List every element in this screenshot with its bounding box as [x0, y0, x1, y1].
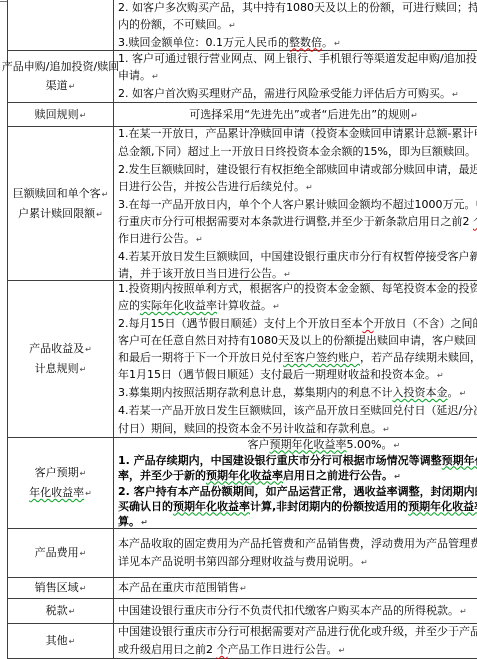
text-line: 应的实际年化收益率计算收益。↵: [118, 297, 477, 315]
row-label-line: 产品收益及↵: [29, 339, 92, 359]
row-label-redemption-rule: 赎回规则↵: [8, 103, 114, 126]
spellcheck-red-underline: 个: [363, 317, 374, 330]
row-label-other: 其他↵: [8, 624, 114, 658]
row-label-income-interest-rules: 产品收益及↵计息规则↵: [8, 281, 114, 437]
paragraph-mark: ↵: [361, 558, 368, 567]
text-line: 付日）期间，赎回的投资本金不另计收益和存款利息。↵: [118, 420, 477, 438]
paragraph-mark: ↵: [69, 637, 76, 646]
row-label-line: 户累计赎回限额↵: [18, 204, 103, 224]
text-line: 或升级启用日之前2 个产品工作日进行公告。↵: [118, 641, 477, 659]
text-line: 3.赎回金额单位：0.1万元人民币的整数倍。↵: [118, 34, 477, 52]
paragraph-mark: ↵: [284, 270, 291, 279]
text-line: 客户预期年化收益率5.00%。↵: [118, 437, 477, 453]
paragraph-mark: ↵: [80, 584, 87, 593]
paragraph-mark: ↵: [85, 345, 92, 354]
row-content-sales-region: 本产品在重庆市范围销售↵: [114, 578, 477, 598]
table-row-redemption-rule: 赎回规则↵可选择采用“先进先出”或者“后进先出”的规则↵: [8, 103, 477, 127]
spellcheck-red-underline: 个: [217, 643, 228, 656]
row-label-purchase-channels: 产品申购/追加投资/赎回渠道↵: [8, 51, 114, 102]
spellcheck-red-underline: 个: [473, 215, 477, 228]
table-row-redemption-share-rules: 2. 如客户多次购买产品，其中持有1080天及以上的份额，可进行赎回；持有108…: [8, 0, 477, 51]
row-label-line: 产品申购/追加投资/赎回: [2, 57, 119, 76]
spellcheck-green-underline: 实际年化收益率: [140, 299, 217, 312]
text-line: 2.发生巨额赎回时，建设银行有权拒绝全部赎回申请或部分赎回申请，最迟于该开放: [118, 161, 477, 178]
paragraph-mark: ↵: [334, 39, 341, 48]
row-label-line: 销售区域↵: [35, 578, 87, 598]
table-row-tax: 税款↵中国建设银行重庆市分行不负责代扣代缴客户购买本产品的所得税款。↵: [8, 599, 477, 624]
spellcheck-green-underline: 预期年化收益率: [408, 500, 477, 513]
row-label-expected-annualized-yield: 客户预期↵年化收益率↵: [8, 438, 114, 528]
paragraph-mark: ↵: [196, 235, 203, 244]
paragraph-mark: ↵: [306, 183, 313, 192]
paragraph-mark: ↵: [339, 646, 346, 655]
paragraph-mark: ↵: [411, 111, 418, 120]
text-line: 总金额,下同）超过上一开放日日终投资本金余额的15%，即为巨额赎回。↵: [118, 143, 477, 161]
table-row-large-redemption-limits: 巨额赎回和单个客↵户累计赎回限额↵1.在某一开放日，产品累计净赎回申请（投资本金…: [8, 127, 477, 281]
text-line: 可选择采用“先进先出”或者“后进先出”的规则↵: [118, 106, 477, 124]
row-content-tax: 中国建设银行重庆市分行不负责代扣代缴客户购买本产品的所得税款。↵: [114, 599, 477, 623]
text-line: 和最后一期将于下一个开放日兑付至客户签约账户，若产品存续期未赎回，将于2031: [118, 349, 477, 366]
row-label-line: 客户预期↵: [35, 463, 87, 483]
text-line: 日进行公告，并按公告进行后续兑付。↵: [118, 178, 477, 196]
table-row-product-fees: 产品费用↵本产品收取的固定费用为产品托管费和产品销售费，浮动费用为产品管理费。↵…: [8, 529, 477, 578]
row-content-expected-annualized-yield: 客户预期年化收益率5.00%。↵1. 产品存续期内，中国建设银行重庆市分行可根据…: [114, 438, 477, 528]
text-line: 申请。↵: [118, 67, 477, 85]
spellcheck-green-underline: 预期年化收益: [442, 454, 477, 467]
paragraph-mark: ↵: [69, 607, 76, 616]
text-line: 3.在每一产品开放日内，单个个人客户累计赎回金额均不超过1000万元。中国建设银: [118, 196, 477, 213]
text-line: 2. 如客户首次购买理财产品，需进行风险承受能力评估后方可购买。↵: [118, 85, 477, 103]
text-line: 1.在某一开放日，产品累计净赎回申请（投资本金赎回申请累计总额-累计申购↵: [118, 125, 477, 143]
row-label-line: 其他↵: [46, 631, 76, 651]
paragraph-mark: ↵: [152, 72, 159, 81]
text-line: 2. 客户持有本产品份额期间，如产品运营正常，遇收益率调整，封闭期内的份额以购: [118, 484, 477, 499]
paragraph-mark: ↵: [460, 389, 467, 398]
row-label-line: 计息规则↵: [35, 359, 87, 379]
paragraph-mark: ↵: [141, 518, 148, 527]
spellcheck-green-underline: 预期年化收益率: [270, 438, 347, 451]
row-label-large-redemption-limits: 巨额赎回和单个客↵户累计赎回限额↵: [8, 127, 114, 280]
text-line: 1.投资期内按照单利方式，根据客户的投资本金金额、每笔投资本金的投资期限及对: [118, 280, 477, 297]
paragraph-mark: ↵: [96, 210, 103, 219]
table-row-purchase-channels: 产品申购/追加投资/赎回渠道↵1. 客户可通过银行营业网点、网上银行、手机银行等…: [8, 51, 477, 103]
row-label-line: 年化收益率↵: [29, 483, 92, 503]
product-spec-table: 2. 如客户多次购买产品，其中持有1080天及以上的份额，可进行赎回；持有108…: [7, 0, 477, 659]
spellcheck-green-underline: 年化收益率: [29, 486, 84, 499]
text-line: 本产品收取的固定费用为产品托管费和产品销售费，浮动费用为产品管理费。↵: [118, 535, 477, 553]
paragraph-mark: ↵: [383, 425, 390, 434]
row-label-line: 巨额赎回和单个客↵: [13, 184, 109, 204]
text-line: 1. 客户可通过银行营业网点、网上银行、手机银行等渠道发起申购/追加投资/赎回: [118, 50, 477, 67]
row-label-redemption-share-rules: [8, 0, 114, 50]
paragraph-mark: ↵: [229, 21, 236, 30]
row-label-product-fees: 产品费用↵: [8, 529, 114, 577]
text-line: 2. 如客户多次购买产品，其中持有1080天及以上的份额，可进行赎回；持有108…: [118, 0, 477, 16]
row-content-large-redemption-limits: 1.在某一开放日，产品累计净赎回申请（投资本金赎回申请累计总额-累计申购↵总金额…: [114, 127, 477, 280]
table-row-income-interest-rules: 产品收益及↵计息规则↵1.投资期内按照单利方式，根据客户的投资本金金额、每笔投资…: [8, 281, 477, 438]
text-line: 3.募集期内按照活期存款利息计息，募集期内的利息不计入投资本金。↵: [118, 384, 477, 402]
spellcheck-green-underline: 预期年化收益率: [173, 500, 250, 513]
row-label-tax: 税款↵: [8, 599, 114, 623]
text-line: 行重庆市分行可根据需要对本条款进行调整,并至少于新条款启用日之前2 个产品工: [118, 213, 477, 230]
row-content-income-interest-rules: 1.投资期内按照单利方式，根据客户的投资本金金额、每笔投资本金的投资期限及对应的…: [114, 281, 477, 437]
row-label-line: 税款↵: [46, 601, 76, 621]
text-line: 4.若某开放日发生巨额赎回，中国建设银行重庆市分行有权暂停接受客户新的赎回申: [118, 248, 477, 265]
paragraph-mark: ↵: [80, 111, 87, 120]
row-label-line: 产品费用↵: [35, 543, 87, 563]
paragraph-mark: ↵: [452, 90, 459, 99]
paragraph-mark: ↵: [80, 549, 87, 558]
paragraph-mark: ↵: [69, 82, 76, 91]
text-line: 年1月15日（遇节假日顺延）支付最后一期理财收益和投资本金。↵: [118, 366, 477, 384]
row-content-product-fees: 本产品收取的固定费用为产品托管费和产品销售费，浮动费用为产品管理费。↵详见本产品…: [114, 529, 477, 577]
text-line: 1. 产品存续期内，中国建设银行重庆市分行可根据市场情况等调整预期年化收益: [118, 453, 477, 468]
paragraph-mark: ↵: [80, 469, 87, 478]
paragraph-mark: ↵: [393, 441, 400, 450]
text-line: 算。↵: [118, 514, 477, 530]
spellcheck-green-underline: 至客户签约账户: [283, 351, 360, 364]
paragraph-mark: ↵: [102, 190, 109, 199]
text-line: 中国建设银行重庆市分行可根据需要对产品进行优化或升级，并至少于产品优化↵: [118, 623, 477, 641]
spellcheck-green-underline: 入投资本金: [393, 386, 448, 399]
row-label-line: 渠道↵: [46, 76, 76, 96]
row-content-redemption-rule: 可选择采用“先进先出”或者“后进先出”的规则↵: [114, 103, 477, 126]
paragraph-mark: ↵: [437, 371, 444, 380]
paragraph-mark: ↵: [394, 472, 401, 481]
spellcheck-red-underline: 整数倍: [289, 36, 322, 49]
text-line: 本产品在重庆市范围销售↵: [118, 579, 477, 597]
row-content-other: 中国建设银行重庆市分行可根据需要对产品进行优化或升级，并至少于产品优化↵或升级启…: [114, 624, 477, 658]
row-content-redemption-share-rules: 2. 如客户多次购买产品，其中持有1080天及以上的份额，可进行赎回；持有108…: [114, 0, 477, 50]
text-line: 作日进行公告。↵: [118, 230, 477, 248]
text-line: 率，并至少于新的预期年化收益率启用日之前进行公告。↵: [118, 468, 477, 484]
paragraph-mark: ↵: [240, 584, 247, 593]
paragraph-mark: ↵: [80, 365, 87, 374]
row-content-purchase-channels: 1. 客户可通过银行营业网点、网上银行、手机银行等渠道发起申购/追加投资/赎回申…: [114, 51, 477, 102]
text-line: 买确认日的预期年化收益率计算,非封闭期内的份额按适用的预期年化收益率分段计: [118, 499, 477, 514]
text-line: 4.若某一产品开放日发生巨额赎回，该产品开放日至赎回兑付日（延迟/分次兑↵: [118, 402, 477, 420]
text-line: 内的份额，不可赎回。↵: [118, 16, 477, 34]
text-line: 中国建设银行重庆市分行不负责代扣代缴客户购买本产品的所得税款。↵: [118, 602, 477, 620]
row-label-sales-region: 销售区域↵: [8, 578, 114, 598]
table-row-other: 其他↵中国建设银行重庆市分行可根据需要对产品进行优化或升级，并至少于产品优化↵或…: [8, 624, 477, 659]
text-line: 详见本产品说明书第四部分理财收益与费用说明。↵: [118, 553, 477, 571]
table-row-sales-region: 销售区域↵本产品在重庆市范围销售↵: [8, 578, 477, 599]
spellcheck-green-underline: 预期年化收益率: [206, 469, 283, 482]
text-line: 客户可在任意自然日对持有1080天及以上的份额提出赎回申请，客户赎回的投资本金: [118, 332, 477, 349]
paragraph-mark: ↵: [85, 489, 92, 498]
table-row-expected-annualized-yield: 客户预期↵年化收益率↵客户预期年化收益率5.00%。↵1. 产品存续期内，中国建…: [8, 438, 477, 529]
row-label-line: 赎回规则↵: [35, 105, 87, 125]
text-line: 2.每月15日（遇节假日顺延）支付上个开放日至本个开放日（不含）之间的理财收益，: [118, 315, 477, 332]
paragraph-mark: ↵: [273, 302, 280, 311]
paragraph-mark: ↵: [460, 607, 467, 616]
